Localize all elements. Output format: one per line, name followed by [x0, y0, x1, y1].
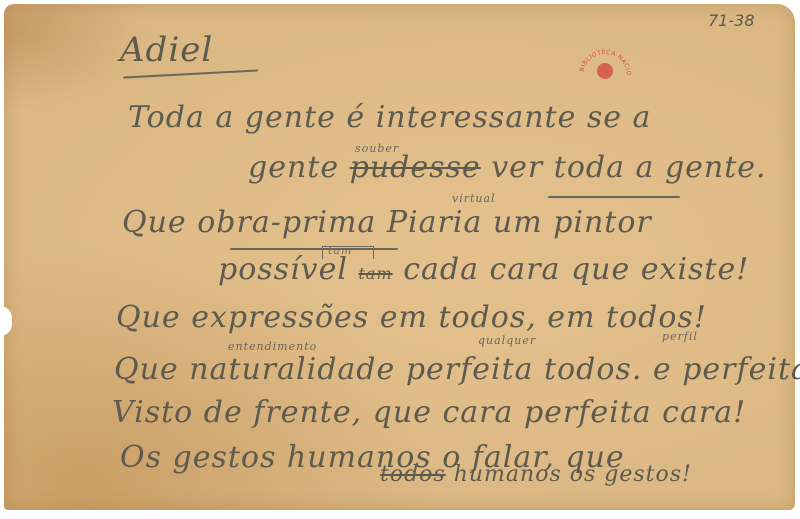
manuscript-line-2: gente pudesse ver toda a gente. — [248, 150, 767, 185]
overline-mark — [548, 196, 680, 198]
line-3-start: Que obra-prima — [122, 205, 376, 240]
manuscript-line-1: Toda a gente é interessante se a — [128, 100, 651, 135]
interlinear-insert: virtual — [452, 192, 496, 205]
catalog-number: 71-38 — [708, 11, 755, 30]
interlinear-insert: souber — [355, 142, 399, 155]
manuscript-line-3: Que obra-prima Piaria um pintor — [122, 205, 652, 240]
line-2-word: gente — [248, 150, 339, 185]
struck-word: todos — [380, 462, 446, 487]
interlinear-insert: tam — [328, 244, 352, 257]
interlinear-insert: perfil — [662, 330, 698, 343]
interlinear-insert: entendimento — [228, 340, 317, 353]
line-8-rest: humanos os gestos! — [454, 462, 692, 487]
library-stamp-icon: BIBLIOTECA NACIONAL — [577, 46, 633, 86]
line-2-rest: ver toda a gente. — [491, 150, 766, 185]
struck-word: pudesse — [350, 150, 481, 185]
line-6-end: e perfeita! — [653, 352, 800, 387]
manuscript-line-8b: todos humanos os gestos! — [380, 462, 692, 487]
struck-word: tam — [359, 264, 393, 283]
interlinear-insert: qualquer — [478, 334, 536, 347]
line-3-rest: Piaria um pintor — [387, 205, 652, 240]
manuscript-line-5: Que expressões em todos, em todos! — [116, 300, 707, 335]
manuscript-line-4: possível tam cada cara que existe! — [218, 252, 749, 287]
line-6-start: Que naturalidade — [114, 352, 395, 387]
line-4-rest: cada cara que existe! — [403, 252, 749, 287]
manuscript-line-7: Visto de frente, que cara perfeita cara! — [112, 395, 746, 430]
manuscript-line-6: Que naturalidade perfeita todos. e perfe… — [114, 352, 800, 387]
line-6-mid: perfeita todos. — [406, 352, 643, 387]
manuscript-title: Adiel — [120, 30, 213, 70]
